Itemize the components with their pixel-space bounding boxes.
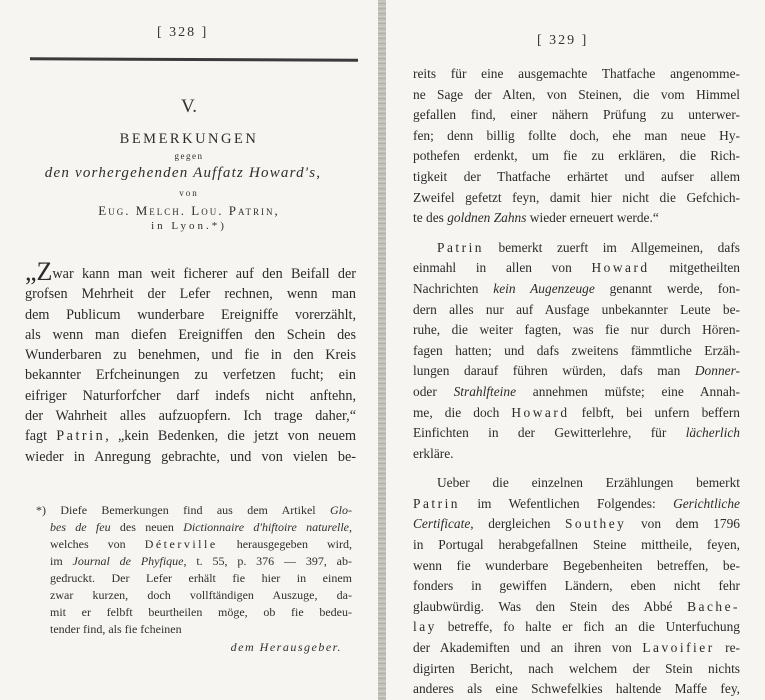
text-run: te des (413, 210, 447, 225)
italic-text: lächerlich (686, 425, 740, 440)
page-number: [ 329 ] (537, 33, 588, 49)
text-run: anderes als eine Schwefelkies haltende M… (413, 681, 740, 696)
header-rule (30, 57, 358, 61)
spaced-name: Southey (565, 516, 626, 531)
text-line: wenn fie wunderbare Begebenheiten betref… (413, 556, 740, 577)
text-run: zwar kurzen, doch vollftändigen Auszuge,… (50, 588, 352, 602)
text-line: ruhe, die weiter fagten, was fie nur dur… (413, 320, 740, 341)
text-line: digirten Bericht, nach welchem der Stein… (413, 659, 740, 680)
text-run: , dergleichen (470, 516, 565, 531)
text-line: Zweifel gefetzt feyn, damit hier nicht d… (413, 188, 740, 209)
byline-connector: von (0, 188, 378, 198)
text-run: wenn fie wunderbare Begebenheiten betref… (413, 558, 740, 573)
text-line: lay betreffe, fo halte er fich an die Un… (413, 617, 740, 638)
spaced-name: Bache- (687, 599, 740, 614)
text-line: anderes als eine Schwefelkies haltende M… (413, 679, 740, 700)
text-line: erkläre. (413, 444, 740, 465)
text-run: ne Sage der Alten, von Steinen, die vom … (413, 87, 740, 102)
text-run: betreffe, fo halte er fich an die Unterf… (437, 619, 740, 634)
text-line: fagen hatten; und dafs zweitens fämmtlic… (413, 341, 740, 362)
italic-text: Glo- (330, 503, 352, 517)
title-connector: gegen (0, 151, 378, 161)
text-line: Einfichten in der Gewitterlehre, für läc… (413, 423, 740, 444)
paragraph-gap (413, 464, 740, 473)
author-name: Eug. Melch. Lou. Patrin, (0, 203, 378, 219)
text-line: te des goldnen Zahns wieder erneuert wer… (413, 208, 740, 229)
text-run: Einfichten in der Gewitterlehre, für (413, 425, 686, 440)
text-run: fonders in gewiffen Ländern, eben nicht … (413, 578, 740, 593)
text-line: dem Publicum wunderbare Ereigniffe vorer… (25, 305, 356, 325)
footnote-signature: dem Herausgeber. (36, 639, 352, 656)
left-body-text: „Zwar kann man weit ficherer auf den Bei… (25, 264, 356, 467)
italic-text: Gerichtliche (673, 496, 740, 511)
text-line: eifriger Naturforfcher darf indefs nicht… (25, 386, 356, 406)
text-run: glaubwürdig. Was den Stein des Abbé (413, 599, 687, 614)
text-line: me, die doch Howard felbft, bei unfern b… (413, 403, 740, 424)
text-run: digirten Bericht, nach welchem der Stein… (413, 661, 740, 676)
spaced-name: Howard (591, 260, 649, 275)
text-run: wieder erneuert werde.“ (526, 210, 658, 225)
text-line: tender find, als fie fcheinen (36, 621, 352, 638)
text-line: fagt Patrin, „kein Bedenken, die jetzt v… (25, 426, 356, 446)
text-run: war kann man weit ficherer auf den Beifa… (52, 266, 356, 282)
book-spread: [ 328 ] V. BEMERKUNGEN gegen den vorherg… (0, 0, 765, 700)
text-line: wieder in Anregung gebrachte, und von vi… (25, 447, 356, 467)
italic-text: Journal de Phyfique (73, 554, 184, 568)
spaced-name: Patrin (437, 240, 484, 255)
text-line: oder Strahlfteine annehmen müfste; eine … (413, 382, 740, 403)
text-run: eifriger Naturforfcher darf indefs nicht… (25, 388, 356, 404)
text-line: mit er felbft beurtheilen möge, ob fie b… (36, 604, 352, 621)
text-line: der Akademiften und an ihren von Lavoifi… (413, 638, 740, 659)
text-line: lungen darauf führen würden, dafs man Do… (413, 361, 740, 382)
book-spine (378, 0, 386, 700)
text-line: pothefen erdenkt, um fie zu erklären, di… (413, 146, 740, 167)
text-run: annehmen müfste; eine Annah- (516, 384, 740, 399)
text-line: ne Sage der Alten, von Steinen, die vom … (413, 85, 740, 106)
text-run: als wenn man diefen Ereigniffen den Sche… (25, 327, 356, 343)
text-run: Zweifel gefetzt feyn, damit hier nicht d… (413, 190, 740, 205)
text-run: felbft, bei unfern beffern (570, 405, 740, 420)
left-page: [ 328 ] V. BEMERKUNGEN gegen den vorherg… (0, 0, 378, 700)
text-run: dern alles nur auf Ausfage unbekannter L… (413, 302, 740, 317)
text-line: der Wahrheit alles aufzuopfern. Ich trag… (25, 406, 356, 426)
spaced-name: Déterville (145, 537, 218, 551)
text-run: von dem 1796 (626, 516, 740, 531)
right-body-text: reits für eine ausgemachte Thatfache ang… (413, 64, 740, 700)
text-run: , (349, 520, 352, 534)
text-run: mitgetheilten (650, 260, 740, 275)
text-line: Patrin im Wefentlichen Folgendes: Gerich… (413, 494, 740, 515)
text-line: fonders in gewiffen Ländern, eben nicht … (413, 576, 740, 597)
text-line: zwar kurzen, doch vollftändigen Auszuge,… (36, 587, 352, 604)
text-run: fen; denn billig follte doch, ehe man ne… (413, 128, 740, 143)
text-run: erkläre. (413, 446, 454, 461)
text-line: einmahl in allen von Howard mitgetheilte… (413, 258, 740, 279)
italic-text: goldnen Zahns (447, 210, 526, 225)
text-line: als wenn man diefen Ereigniffen den Sche… (25, 325, 356, 345)
spaced-name: lay (413, 619, 437, 634)
page-number: [ 328 ] (157, 25, 208, 41)
text-run: pothefen erdenkt, um fie zu erklären, di… (413, 148, 740, 163)
text-run: der Wahrheit alles aufzuopfern. Ich trag… (25, 408, 356, 424)
text-run: re- (715, 640, 740, 655)
text-line: glaubwürdig. Was den Stein des Abbé Bach… (413, 597, 740, 618)
italic-text: Certificate (413, 516, 470, 531)
italic-text: Dictionnaire d'hiftoire naturelle (183, 520, 349, 534)
text-line: bekannter Erfcheinungen zu verfetzen fuc… (25, 365, 356, 385)
text-run: grofsen Mehrheit der Lefer rechnen, wenn… (25, 286, 356, 302)
text-run: einmahl in allen von (413, 260, 591, 275)
text-run: oder (413, 384, 454, 399)
text-line: Wunderbaren zu benehmen, und fie in den … (25, 345, 356, 365)
text-run: fagen hatten; und dafs zweitens fämmtlic… (413, 343, 740, 358)
text-line: grofsen Mehrheit der Lefer rechnen, wenn… (25, 284, 356, 304)
drop-cap: „Z (25, 257, 52, 286)
text-run: welches von (50, 537, 145, 551)
text-line: welches von Déterville herausgegeben wir… (36, 536, 352, 553)
author-place: in Lyon.*) (0, 220, 378, 232)
text-run: dem Publicum wunderbare Ereigniffe vorer… (25, 307, 356, 323)
text-run: ruhe, die weiter fagten, was fie nur dur… (413, 322, 740, 337)
text-line: Nachrichten kein Augenzeuge genannt werd… (413, 279, 740, 300)
text-line: im Journal de Phyfique, t. 55, p. 376 — … (36, 553, 352, 570)
text-line: *) Diefe Bemerkungen find aus dem Artike… (36, 502, 352, 519)
text-run: im Wefentlichen Folgendes: (460, 496, 673, 511)
text-run: me, die doch (413, 405, 511, 420)
section-numeral: V. (0, 96, 378, 118)
text-run: bekannter Erfcheinungen zu verfetzen fuc… (25, 367, 356, 383)
text-run: *) Diefe Bemerkungen find aus dem Artike… (36, 503, 330, 517)
text-line: reits für eine ausgemachte Thatfache ang… (413, 64, 740, 85)
text-line: in Portugal herabgefallnen Steine mitthe… (413, 535, 740, 556)
text-line: dern alles nur auf Ausfage unbekannter L… (413, 300, 740, 321)
text-run: in Portugal herabgefallnen Steine mitthe… (413, 537, 740, 552)
italic-text: bes de feu (50, 520, 111, 534)
text-run: der Akademiften und an ihren von (413, 640, 642, 655)
text-run: im (50, 554, 73, 568)
italic-text: Donner- (695, 363, 740, 378)
text-line: fen; denn billig follte doch, ehe man ne… (413, 126, 740, 147)
text-run: Nachrichten (413, 281, 493, 296)
spaced-name: Howard (511, 405, 569, 420)
text-run: lungen darauf führen würden, dafs man (413, 363, 695, 378)
text-run: mit er felbft beurtheilen möge, ob fie b… (50, 605, 352, 619)
text-run: reits für eine ausgemachte Thatfache ang… (413, 66, 740, 81)
footnote: *) Diefe Bemerkungen find aus dem Artike… (36, 502, 352, 656)
text-line: gefallen find, einer nähern Prüfung zu u… (413, 105, 740, 126)
italic-text: kein Augenzeuge (493, 281, 595, 296)
text-run: des neuen (111, 520, 184, 534)
text-run: wieder in Anregung gebrachte, und von vi… (25, 449, 356, 465)
article-title: BEMERKUNGEN (0, 131, 378, 148)
text-run: fagt (25, 428, 56, 444)
text-run: tender find, als fie fcheinen (50, 622, 182, 636)
italic-text: Strahlfteine (454, 384, 516, 399)
text-line: gedruckt. Der Lefer erhält fie hier in e… (36, 570, 352, 587)
text-run: gedruckt. Der Lefer erhält fie hier in e… (50, 571, 352, 585)
text-run: gefallen find, einer nähern Prüfung zu u… (413, 107, 740, 122)
text-line: Ueber die einzelnen Erzählungen bemerkt (413, 473, 740, 494)
spaced-name: Lavoifier (642, 640, 714, 655)
text-run: Ueber die einzelnen Erzählungen bemerkt (437, 475, 740, 490)
text-run: tigkeit der Thatfache erhärtet und aufse… (413, 169, 740, 184)
text-line: Certificate, dergleichen Southey von dem… (413, 514, 740, 535)
paragraph-gap (413, 229, 740, 238)
text-run: , t. 55, p. 376 — 397, ab- (184, 554, 353, 568)
text-line: tigkeit der Thatfache erhärtet und aufse… (413, 167, 740, 188)
right-page: [ 329 ] reits für eine ausgemachte Thatf… (386, 0, 765, 700)
article-subtitle: den vorhergehenden Auffatz Howard's, (0, 165, 372, 182)
text-run: herausgegeben wird, (218, 537, 352, 551)
text-run: bemerkt zuerft im Allgemeinen, dafs (484, 240, 740, 255)
spaced-name: Patrin (413, 496, 460, 511)
text-line: bes de feu des neuen Dictionnaire d'hift… (36, 519, 352, 536)
text-run: Wunderbaren zu benehmen, und fie in den … (25, 347, 356, 363)
text-run: genannt werde, fon- (595, 281, 740, 296)
spaced-name: Patrin (56, 428, 105, 444)
text-run: , „kein Bedenken, die jetzt von neuem (105, 428, 356, 444)
text-line: „Zwar kann man weit ficherer auf den Bei… (25, 264, 356, 284)
text-line: Patrin bemerkt zuerft im Allgemeinen, da… (413, 238, 740, 259)
